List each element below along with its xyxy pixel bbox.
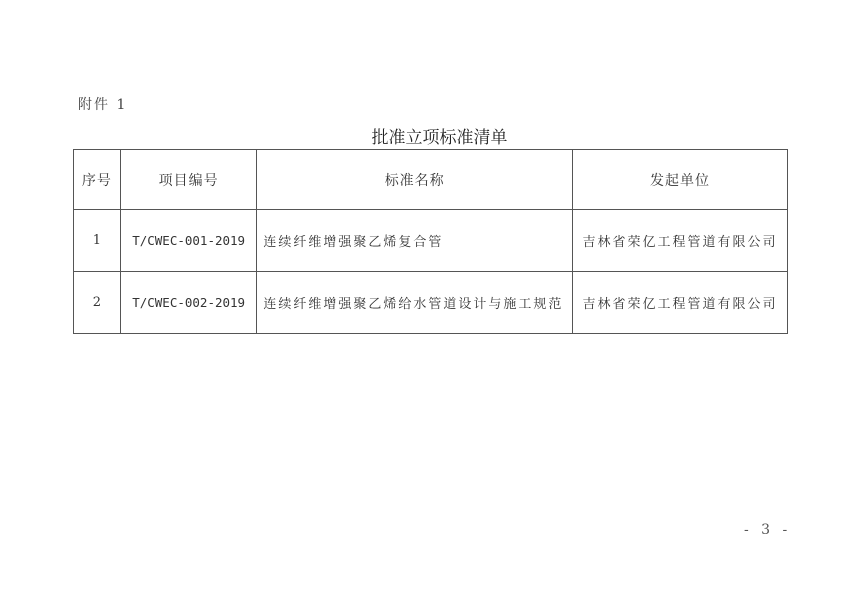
approved-standards-table: 序号 项目编号 标准名称 发起单位 1 T/CWEC-001-2019 连续纤维… [73,149,788,334]
header-initiating-organization: 发起单位 [572,150,787,210]
cell-initiating-organization: 吉林省荣亿工程管道有限公司 [572,272,787,334]
table-header-row: 序号 项目编号 标准名称 发起单位 [74,150,788,210]
cell-serial-number: 1 [74,210,121,272]
cell-initiating-organization: 吉林省荣亿工程管道有限公司 [572,210,787,272]
cell-serial-number: 2 [74,272,121,334]
header-standard-name: 标准名称 [257,150,573,210]
document-title: 批准立项标准清单 [0,123,849,148]
cell-project-code: T/CWEC-001-2019 [120,210,257,272]
table-row: 2 T/CWEC-002-2019 连续纤维增强聚乙烯给水管道设计与施工规范 吉… [74,272,788,334]
attachment-label: 附件 1 [78,94,127,114]
cell-standard-name: 连续纤维增强聚乙烯复合管 [257,210,573,272]
header-serial-number: 序号 [74,150,121,210]
cell-project-code: T/CWEC-002-2019 [120,272,257,334]
header-project-code: 项目编号 [120,150,257,210]
cell-standard-name: 连续纤维增强聚乙烯给水管道设计与施工规范 [257,272,573,334]
table-row: 1 T/CWEC-001-2019 连续纤维增强聚乙烯复合管 吉林省荣亿工程管道… [74,210,788,272]
page-number: - 3 - [744,522,791,538]
